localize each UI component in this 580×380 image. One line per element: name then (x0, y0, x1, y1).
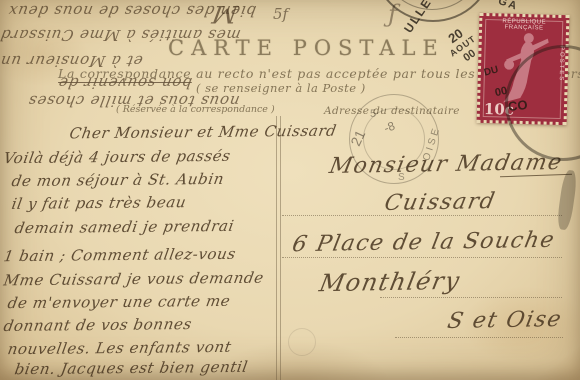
postmark-circle-five: 5 (370, 108, 376, 120)
inverted-initial: M (210, 0, 240, 28)
address-line-city: Monthléry (317, 267, 463, 297)
postmark-town-text-2: GA (497, 0, 520, 13)
left-panel-heading: ( Réservée à la correspondance ) (116, 104, 275, 115)
message-line: de mon séjour à St. Aubin (10, 170, 225, 190)
message-line: Voilà déjà 4 jours de passés (2, 147, 232, 167)
message-line: Cher Monsieur et Mme Cuissard (68, 122, 338, 143)
address-line-street: 6 Place de la Souche (290, 228, 557, 258)
postmark-smudge (556, 169, 578, 230)
message-line: nouvelles. Les enfants vont (6, 338, 233, 358)
aging-mark (288, 328, 316, 356)
address-line-department: S et Oise (445, 307, 564, 334)
message-line: de m'envoyer une carte me (6, 292, 232, 312)
message-line: bien. Jacques est bien gentil (13, 358, 249, 378)
panel-divider (276, 116, 281, 380)
postmark-co: CO (507, 97, 528, 114)
message-line: demain samedi je prendrai (13, 217, 235, 237)
postcard-back: bien des choses de nous deux mes amitiés… (0, 0, 580, 380)
address-dotted-line (282, 257, 562, 258)
address-dotted-line (380, 297, 562, 298)
postmark-circle-s: S (398, 172, 405, 183)
message-line: donnant de vos bonnes (2, 315, 193, 335)
postmark-zeros: 00 (494, 85, 508, 99)
address-line-name: Cuissard (382, 189, 498, 216)
message-line: il y fait pas très beau (10, 193, 187, 213)
pencil-price-mark: 5f (273, 5, 288, 23)
message-line: Mme Cuissard je vous demande (2, 269, 265, 290)
printed-notice-2: ( se renseigner à la Poste ) (196, 81, 366, 95)
address-dotted-line (395, 337, 563, 338)
card-title: CARTE POSTALE (168, 36, 445, 60)
message-line: 1 bain ; Comment allez-vous (2, 245, 237, 265)
